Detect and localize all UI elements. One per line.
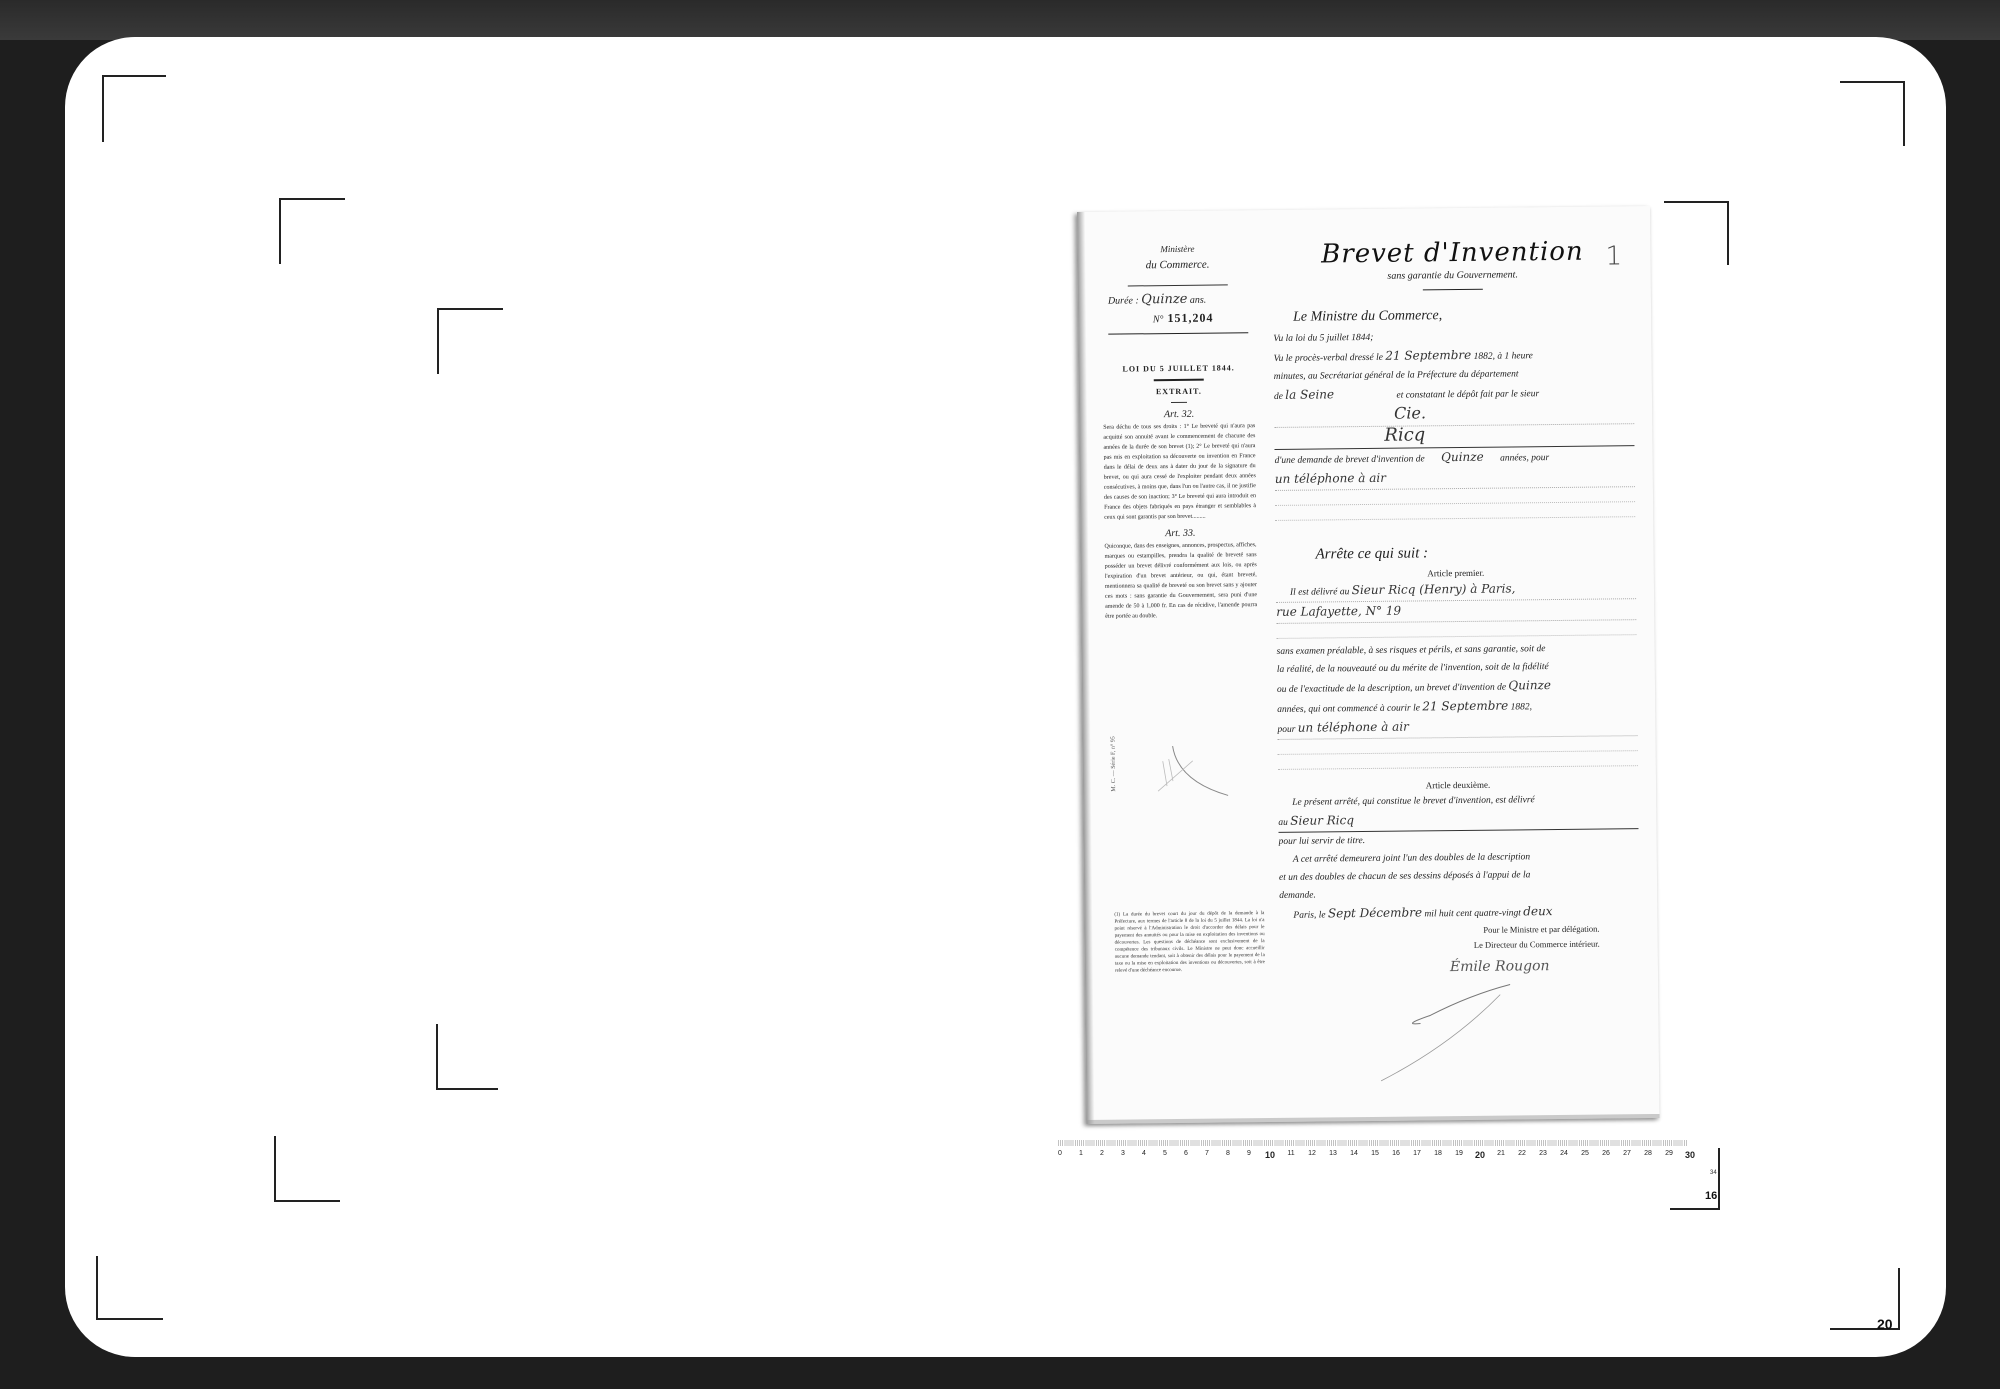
demande-prefix: d'une demande de brevet d'invention de bbox=[1275, 454, 1425, 466]
art33-heading: Art. 33. bbox=[1100, 527, 1260, 540]
crop-mark-inner2-top-left bbox=[437, 308, 503, 374]
blank-line bbox=[1278, 751, 1638, 770]
article1-text3-prefix: ou de l'exactitude de la description, un… bbox=[1277, 683, 1506, 695]
crop-mark-inner2-bottom-left bbox=[274, 1136, 340, 1202]
invention-title: un téléphone à air bbox=[1275, 471, 1386, 486]
ruler-end-bracket-base bbox=[1670, 1208, 1720, 1210]
date-year-value: deux bbox=[1523, 904, 1552, 918]
crop-mark-inner1-top-left bbox=[279, 198, 345, 264]
proces-year: 1882, à 1 heure bbox=[1474, 351, 1533, 362]
ruler-tick: 5 bbox=[1163, 1150, 1167, 1157]
art33-text: Quiconque, dans des enseignes, annonces,… bbox=[1100, 540, 1261, 622]
handwritten-mark bbox=[1153, 740, 1234, 801]
proces-prefix: Vu le procès-verbal dressé le bbox=[1273, 353, 1382, 364]
article1-duration: Quinze bbox=[1508, 678, 1551, 692]
article1-recipient: Sieur Ricq (Henry) à Paris, bbox=[1352, 581, 1516, 597]
patent-document: 1 Ministère du Commerce. Durée : Quinze … bbox=[1077, 206, 1660, 1124]
blank-line bbox=[1276, 620, 1636, 639]
crop-mark-inner-top-right bbox=[1664, 201, 1729, 265]
divider bbox=[1128, 284, 1228, 286]
ruler-ticks: 0 1 2 3 4 5 6 7 8 9 10 11 12 13 14 15 16… bbox=[1058, 1150, 1698, 1162]
card-number: 16 bbox=[1705, 1190, 1717, 1202]
divider bbox=[1423, 289, 1483, 291]
crop-mark-outer-top-left bbox=[102, 75, 166, 142]
ruler-tick: 20 bbox=[1475, 1150, 1485, 1160]
date-prefix: Paris, le bbox=[1293, 910, 1325, 920]
ruler-tick: 19 bbox=[1455, 1150, 1463, 1157]
ruler-tick: 23 bbox=[1539, 1150, 1547, 1157]
ruler-tick: 24 bbox=[1560, 1150, 1568, 1157]
ministry-line2: du Commerce. bbox=[1097, 256, 1257, 274]
ruler-tick: 4 bbox=[1142, 1150, 1146, 1157]
duree-row: Durée : Quinze ans. bbox=[1098, 291, 1258, 308]
document-title: Brevet d'Invention bbox=[1272, 236, 1632, 270]
duree-label: Durée : bbox=[1108, 295, 1139, 306]
article1-address: rue Lafayette, N° 19 bbox=[1276, 604, 1401, 619]
scanner-background bbox=[0, 0, 2000, 40]
frame-number: 20 bbox=[1877, 1316, 1893, 1332]
sign-line2: Le Directeur du Commerce intérieur. bbox=[1280, 936, 1640, 955]
proces-line2-text: minutes, au Secrétariat général de la Pr… bbox=[1274, 369, 1519, 382]
left-column: Ministère du Commerce. Durée : Quinze an… bbox=[1097, 240, 1261, 622]
vu-loi-text: Vu la loi du 5 juillet 1844; bbox=[1273, 333, 1373, 344]
blank-line bbox=[1275, 502, 1635, 521]
side-reference: M. C. — Série F, n° 95 bbox=[1110, 736, 1117, 791]
article1-for: pour bbox=[1277, 725, 1295, 735]
ruler-tick: 30 bbox=[1685, 1150, 1695, 1160]
ruler-tick: 0 bbox=[1058, 1150, 1062, 1157]
article2-recipient: Sieur Ricq bbox=[1290, 813, 1354, 828]
document-subtitle: sans garantie du Gouvernement. bbox=[1273, 268, 1633, 283]
footnote: (1) La durée du brevet court du jour du … bbox=[1114, 910, 1265, 975]
article1-prefix: Il est délivré au bbox=[1290, 587, 1349, 598]
signature-flourish bbox=[1360, 974, 1581, 1086]
ruler-end-bracket bbox=[1718, 1148, 1720, 1208]
ruler-tick: 17 bbox=[1413, 1150, 1421, 1157]
depot-text: et constatant le dépôt fait par le sieur bbox=[1396, 389, 1539, 400]
arrete-heading: Arrête ce qui suit : bbox=[1316, 543, 1636, 563]
proces-date: 21 Septembre bbox=[1385, 348, 1471, 363]
ruler-tick: 25 bbox=[1581, 1150, 1589, 1157]
ruler-tick: 8 bbox=[1226, 1150, 1230, 1157]
crop-mark-outer-top-right bbox=[1840, 81, 1905, 146]
ruler-tick: 3 bbox=[1121, 1150, 1125, 1157]
art32-heading: Art. 32. bbox=[1099, 408, 1259, 421]
divider bbox=[1108, 332, 1248, 334]
ruler-tick: 16 bbox=[1392, 1150, 1400, 1157]
divider bbox=[1171, 402, 1187, 403]
demande-suffix: années, pour bbox=[1500, 453, 1549, 464]
ruler-tick: 18 bbox=[1434, 1150, 1442, 1157]
duree-value: Quinze bbox=[1141, 292, 1187, 307]
ruler-tick: 11 bbox=[1287, 1150, 1294, 1157]
ruler-tick: 1 bbox=[1079, 1150, 1083, 1157]
ruler-tick: 28 bbox=[1644, 1150, 1652, 1157]
ruler-scale bbox=[1058, 1140, 1688, 1146]
extract-label: EXTRAIT. bbox=[1099, 386, 1259, 397]
article1-start-year: 1882, bbox=[1511, 702, 1532, 712]
ruler-tick: 21 bbox=[1497, 1150, 1505, 1157]
crop-mark-inner1-bottom-left bbox=[436, 1024, 498, 1090]
patent-number: 151,204 bbox=[1167, 311, 1213, 325]
ruler-tick: 7 bbox=[1205, 1150, 1209, 1157]
ruler-tick: 6 bbox=[1184, 1150, 1188, 1157]
crop-mark-outer-bottom-left bbox=[96, 1256, 163, 1320]
measurement-ruler: 0 1 2 3 4 5 6 7 8 9 10 11 12 13 14 15 16… bbox=[1058, 1140, 1698, 1160]
date-year-text: mil huit cent quatre-vingt bbox=[1424, 908, 1521, 919]
article1-text4-prefix: années, qui ont commencé à courir le bbox=[1277, 703, 1420, 714]
ruler-tick: 2 bbox=[1100, 1150, 1104, 1157]
ruler-tick: 10 bbox=[1265, 1150, 1275, 1160]
ruler-tick: 26 bbox=[1602, 1150, 1610, 1157]
ruler-tick: 22 bbox=[1518, 1150, 1526, 1157]
law-title: LOI DU 5 JUILLET 1844. bbox=[1099, 363, 1259, 374]
date-value: Sept Décembre bbox=[1328, 905, 1422, 920]
article2-to-prefix: au bbox=[1278, 818, 1288, 828]
ruler-tick: 15 bbox=[1371, 1150, 1379, 1157]
article1-invention: un téléphone à air bbox=[1298, 720, 1409, 735]
dept-value: la Seine bbox=[1285, 387, 1334, 402]
ruler-tick: 14 bbox=[1350, 1150, 1358, 1157]
minister-heading: Le Ministre du Commerce, bbox=[1293, 306, 1633, 326]
ministry-line1: Ministère bbox=[1097, 240, 1257, 258]
duree-unit: ans. bbox=[1190, 295, 1207, 306]
demande-duration: Quinze bbox=[1441, 450, 1484, 464]
art32-text: Sera déchu de tous ses droits : 1° Le br… bbox=[1099, 421, 1260, 523]
ruler-tick: 9 bbox=[1247, 1150, 1251, 1157]
ruler-tick: 12 bbox=[1308, 1150, 1316, 1157]
ruler-tick: 27 bbox=[1623, 1150, 1631, 1157]
article1-start-date: 21 Septembre bbox=[1422, 699, 1508, 714]
patent-number-row: N° 151,204 bbox=[1098, 308, 1258, 328]
depositor-name: Ricq bbox=[1384, 424, 1425, 445]
dept-prefix: de bbox=[1274, 392, 1283, 402]
depositor-company: Cie. bbox=[1394, 403, 1426, 422]
signature: Émile Rougon bbox=[1450, 957, 1640, 975]
main-text-column: Brevet d'Invention sans garantie du Gouv… bbox=[1272, 236, 1641, 1092]
divider bbox=[1154, 379, 1204, 382]
ruler-tick: 29 bbox=[1665, 1150, 1673, 1157]
ruler-label: 34 bbox=[1710, 1170, 1717, 1176]
number-label: N° bbox=[1143, 314, 1164, 325]
ruler-tick: 13 bbox=[1329, 1150, 1337, 1157]
